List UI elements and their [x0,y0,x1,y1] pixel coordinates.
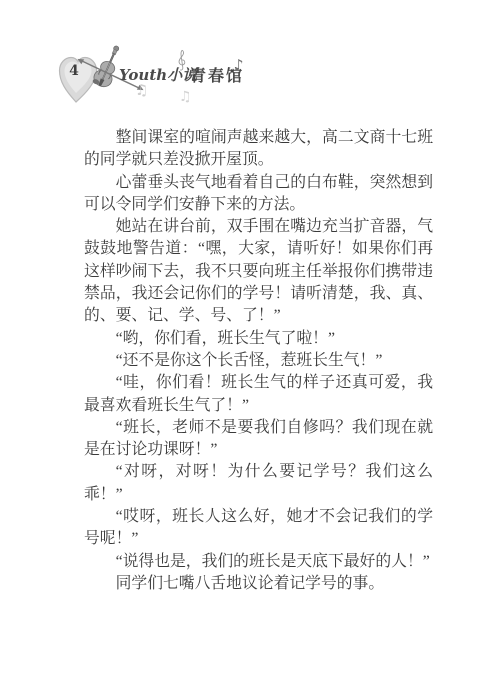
paragraph: “哟，你们看，班长生气了啦！” [84,328,433,350]
story-text: 整间课室的喧闹声越来越大，高二文商十七班的同学就只差没掀开屋顶。心蕾垂头丧气地看… [84,127,433,595]
paragraph: “班长，老师不是要我们自修吗？我们现在就是在讨论功课呀！” [84,417,433,462]
paragraph: 心蕾垂头丧气地看着自己的白布鞋，突然想到可以令同学们安静下来的方法。 [84,172,433,217]
treble-clef-icon [176,48,188,73]
paragraph: “对呀，对呀！为什么要记学号？我们这么乖！” [84,461,433,506]
paragraph: 整间课室的喧闹声越来越大，高二文商十七班的同学就只差没掀开屋顶。 [84,127,433,172]
beamed-notes-icon: ♫ [179,90,192,104]
book-page: 4 Yout [0,0,500,700]
paragraph: 她站在讲台前，双手围在嘴边充当扩音器，气鼓鼓地警告道：“嘿，大家，请听好！如果你… [84,216,433,327]
eighth-note-icon: ♪ [234,58,244,73]
beamed-notes-icon: ♫ [135,83,148,98]
paragraph: 同学们七嘴八舌地议论着记学号的事。 [84,573,433,595]
paragraph: “还不是你这个长舌怪，惹班长生气！” [84,350,433,372]
page-header: 4 Yout [0,0,500,120]
paragraph: “说得也是，我们的班长是天底下最好的人！” [84,551,433,573]
paragraph: “哇，你们看！班长生气的样子还真可爱，我最喜欢看班长生气了！” [84,372,433,417]
paragraph: “哎呀，班长人这么好，她才不会记我们的学号呢！” [84,506,433,551]
